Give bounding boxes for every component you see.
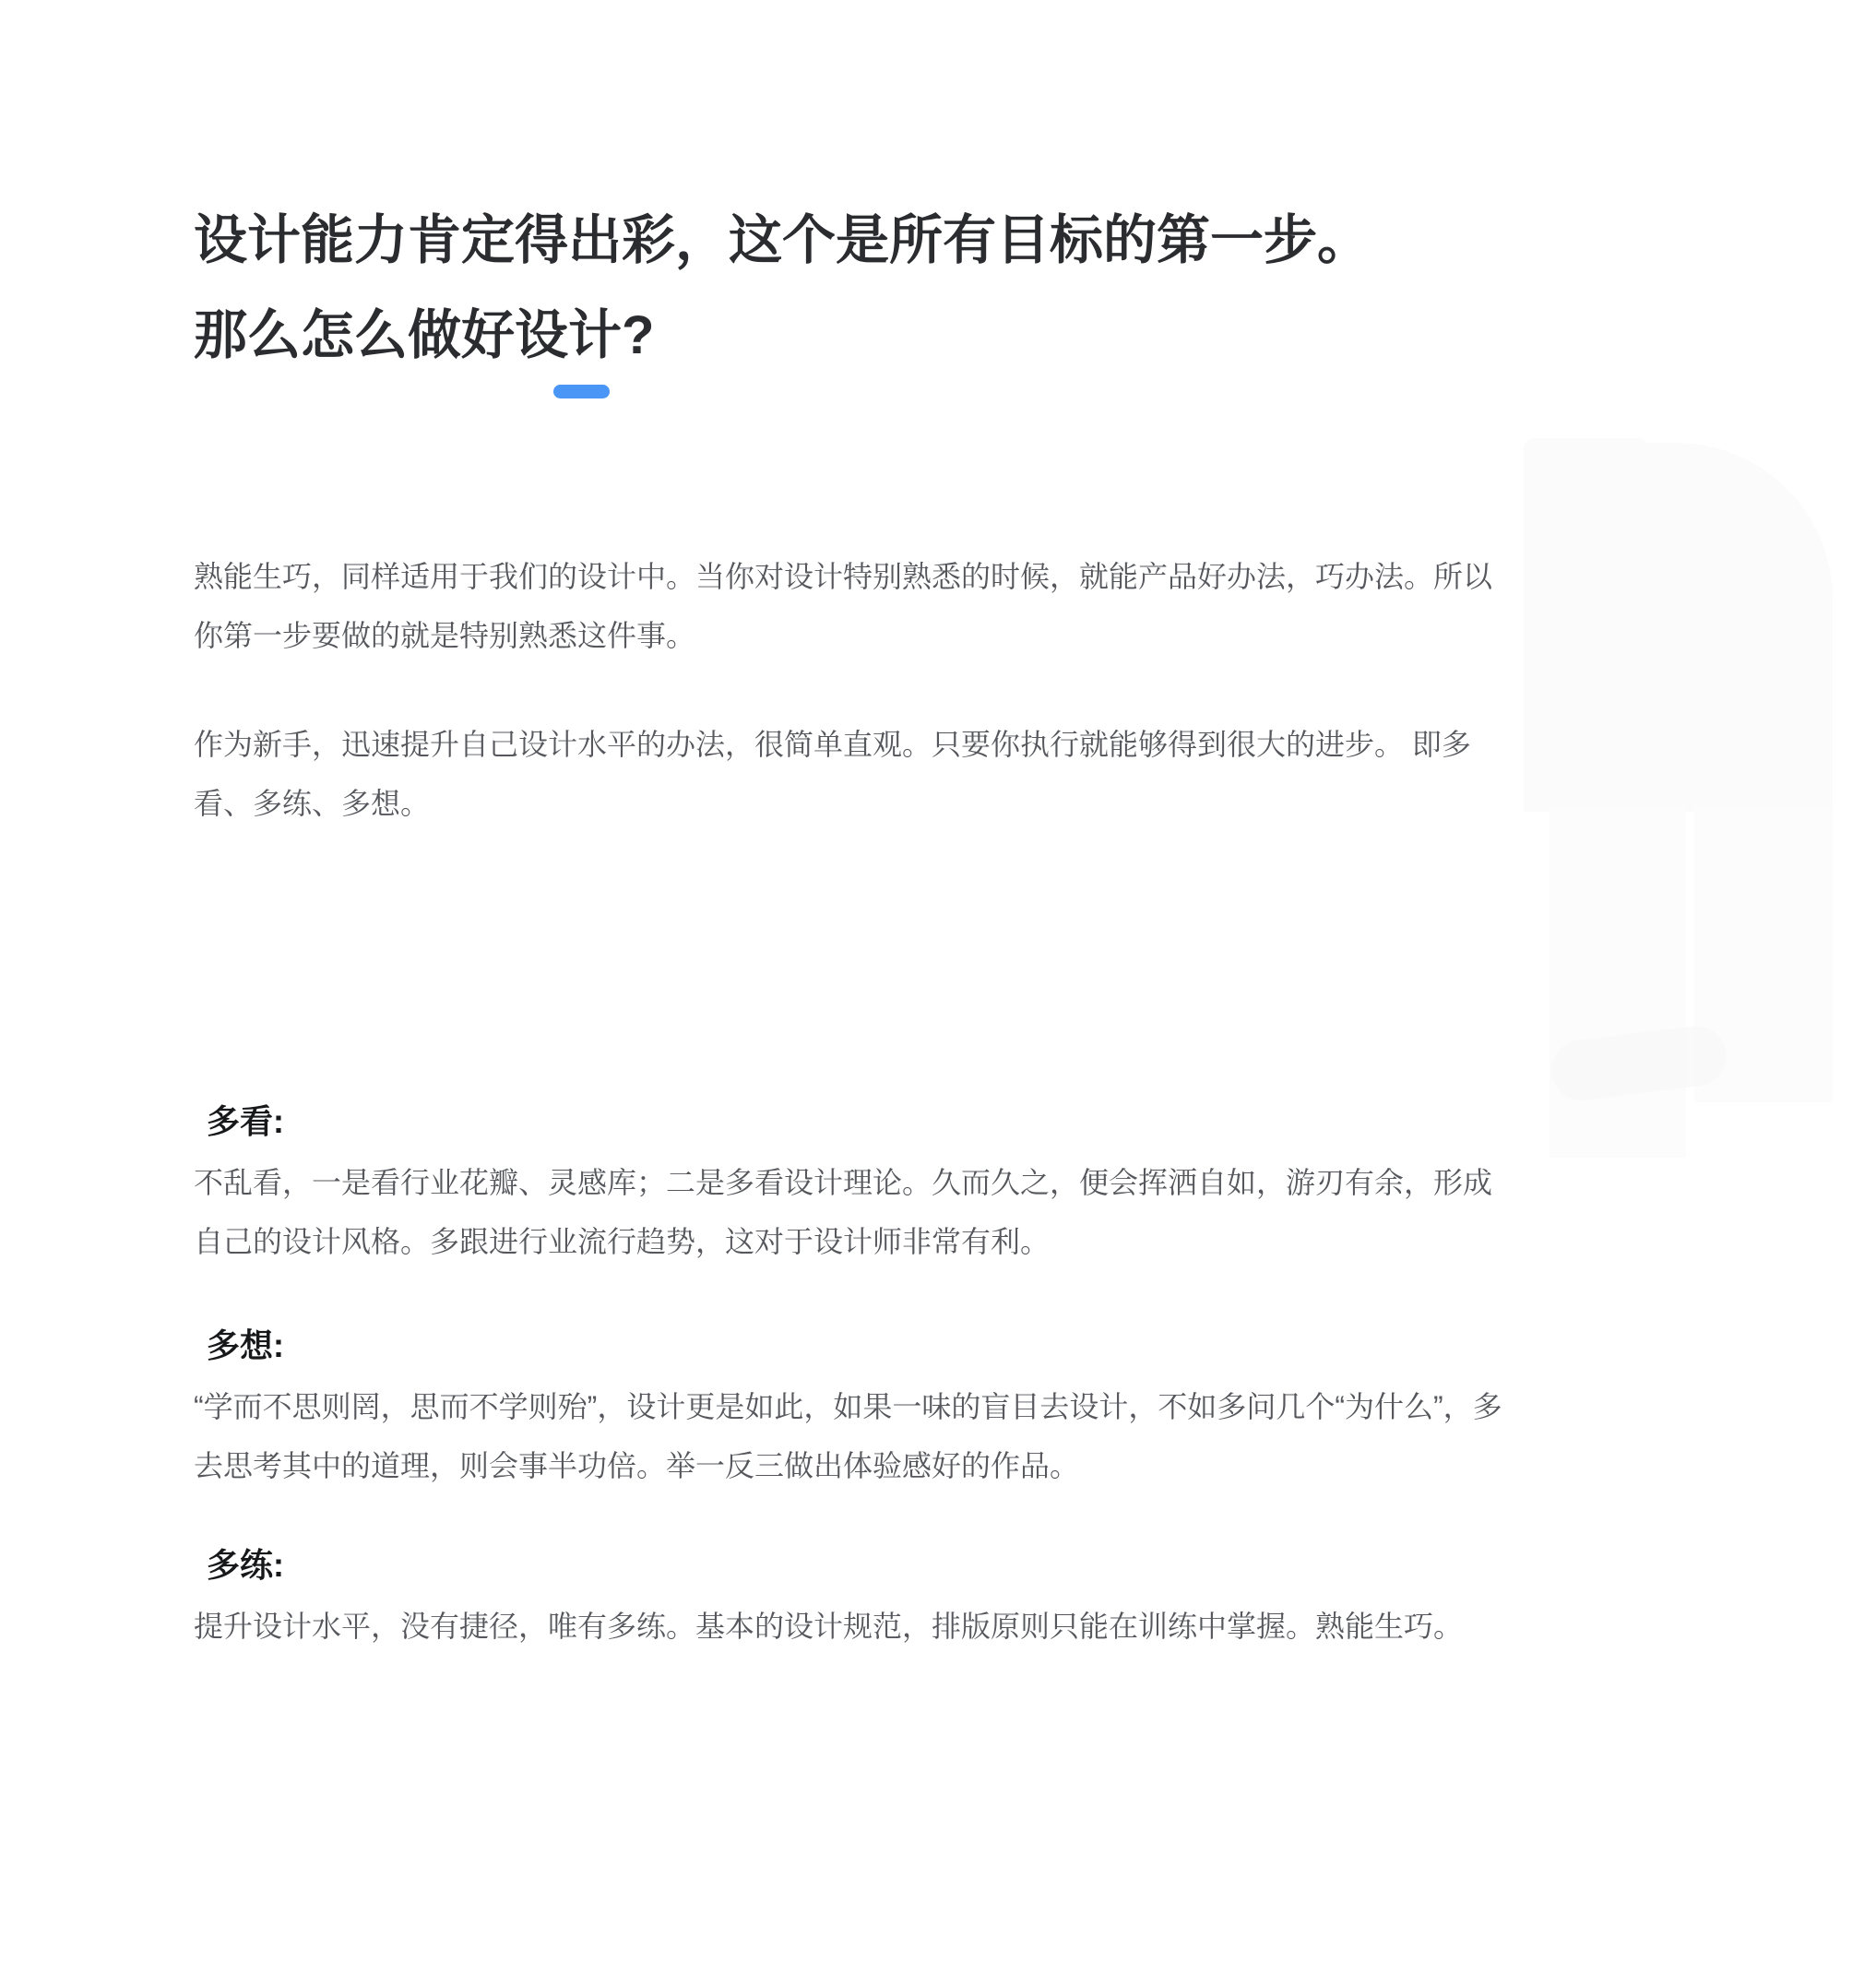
section-practice-more: 多练: 提升设计水平，没有捷径，唯有多练。基本的设计规范，排版原则只能在训练中掌… — [194, 1542, 1516, 1656]
section-practice-more-body: 提升设计水平，没有捷径，唯有多练。基本的设计规范，排版原则只能在训练中掌握。熟能… — [194, 1597, 1514, 1656]
intro-paragraph-1: 熟能生巧，同样适用于我们的设计中。当你对设计特别熟悉的时候，就能产品好办法，巧办… — [194, 547, 1514, 665]
article-content: 设计能力肯定得出彩，这个是所有目标的第一步。 那么怎么做好设计? 熟能生巧，同样… — [0, 193, 1876, 1656]
page-title-line-2: 那么怎么做好设计? — [194, 288, 1516, 383]
section-practice-more-label: 多练: — [207, 1542, 1516, 1588]
section-look-more-body: 不乱看，一是看行业花瓣、灵感库；二是多看设计理论。久而久之，便会挥洒自如，游刃有… — [194, 1153, 1514, 1271]
section-look-more: 多看: 不乱看，一是看行业花瓣、灵感库；二是多看设计理论。久而久之，便会挥洒自如… — [194, 1099, 1516, 1271]
page-title: 设计能力肯定得出彩，这个是所有目标的第一步。 那么怎么做好设计? — [194, 193, 1516, 383]
section-think-more: 多想: “学而不思则罔，思而不学则殆”，设计更是如此，如果一味的盲目去设计，不如… — [194, 1323, 1516, 1495]
section-look-more-label: 多看: — [207, 1099, 1516, 1145]
intro-paragraph-2: 作为新手，迅速提升自己设计水平的办法，很简单直观。只要你执行就能够得到很大的进步… — [194, 715, 1514, 833]
article-page: 设计能力肯定得出彩，这个是所有目标的第一步。 那么怎么做好设计? 熟能生巧，同样… — [0, 0, 1876, 1962]
page-title-line-1: 设计能力肯定得出彩，这个是所有目标的第一步。 — [194, 193, 1516, 288]
section-think-more-label: 多想: — [207, 1323, 1516, 1369]
section-think-more-body: “学而不思则罔，思而不学则殆”，设计更是如此，如果一味的盲目去设计，不如多问几个… — [194, 1377, 1514, 1495]
accent-dash — [553, 385, 610, 398]
